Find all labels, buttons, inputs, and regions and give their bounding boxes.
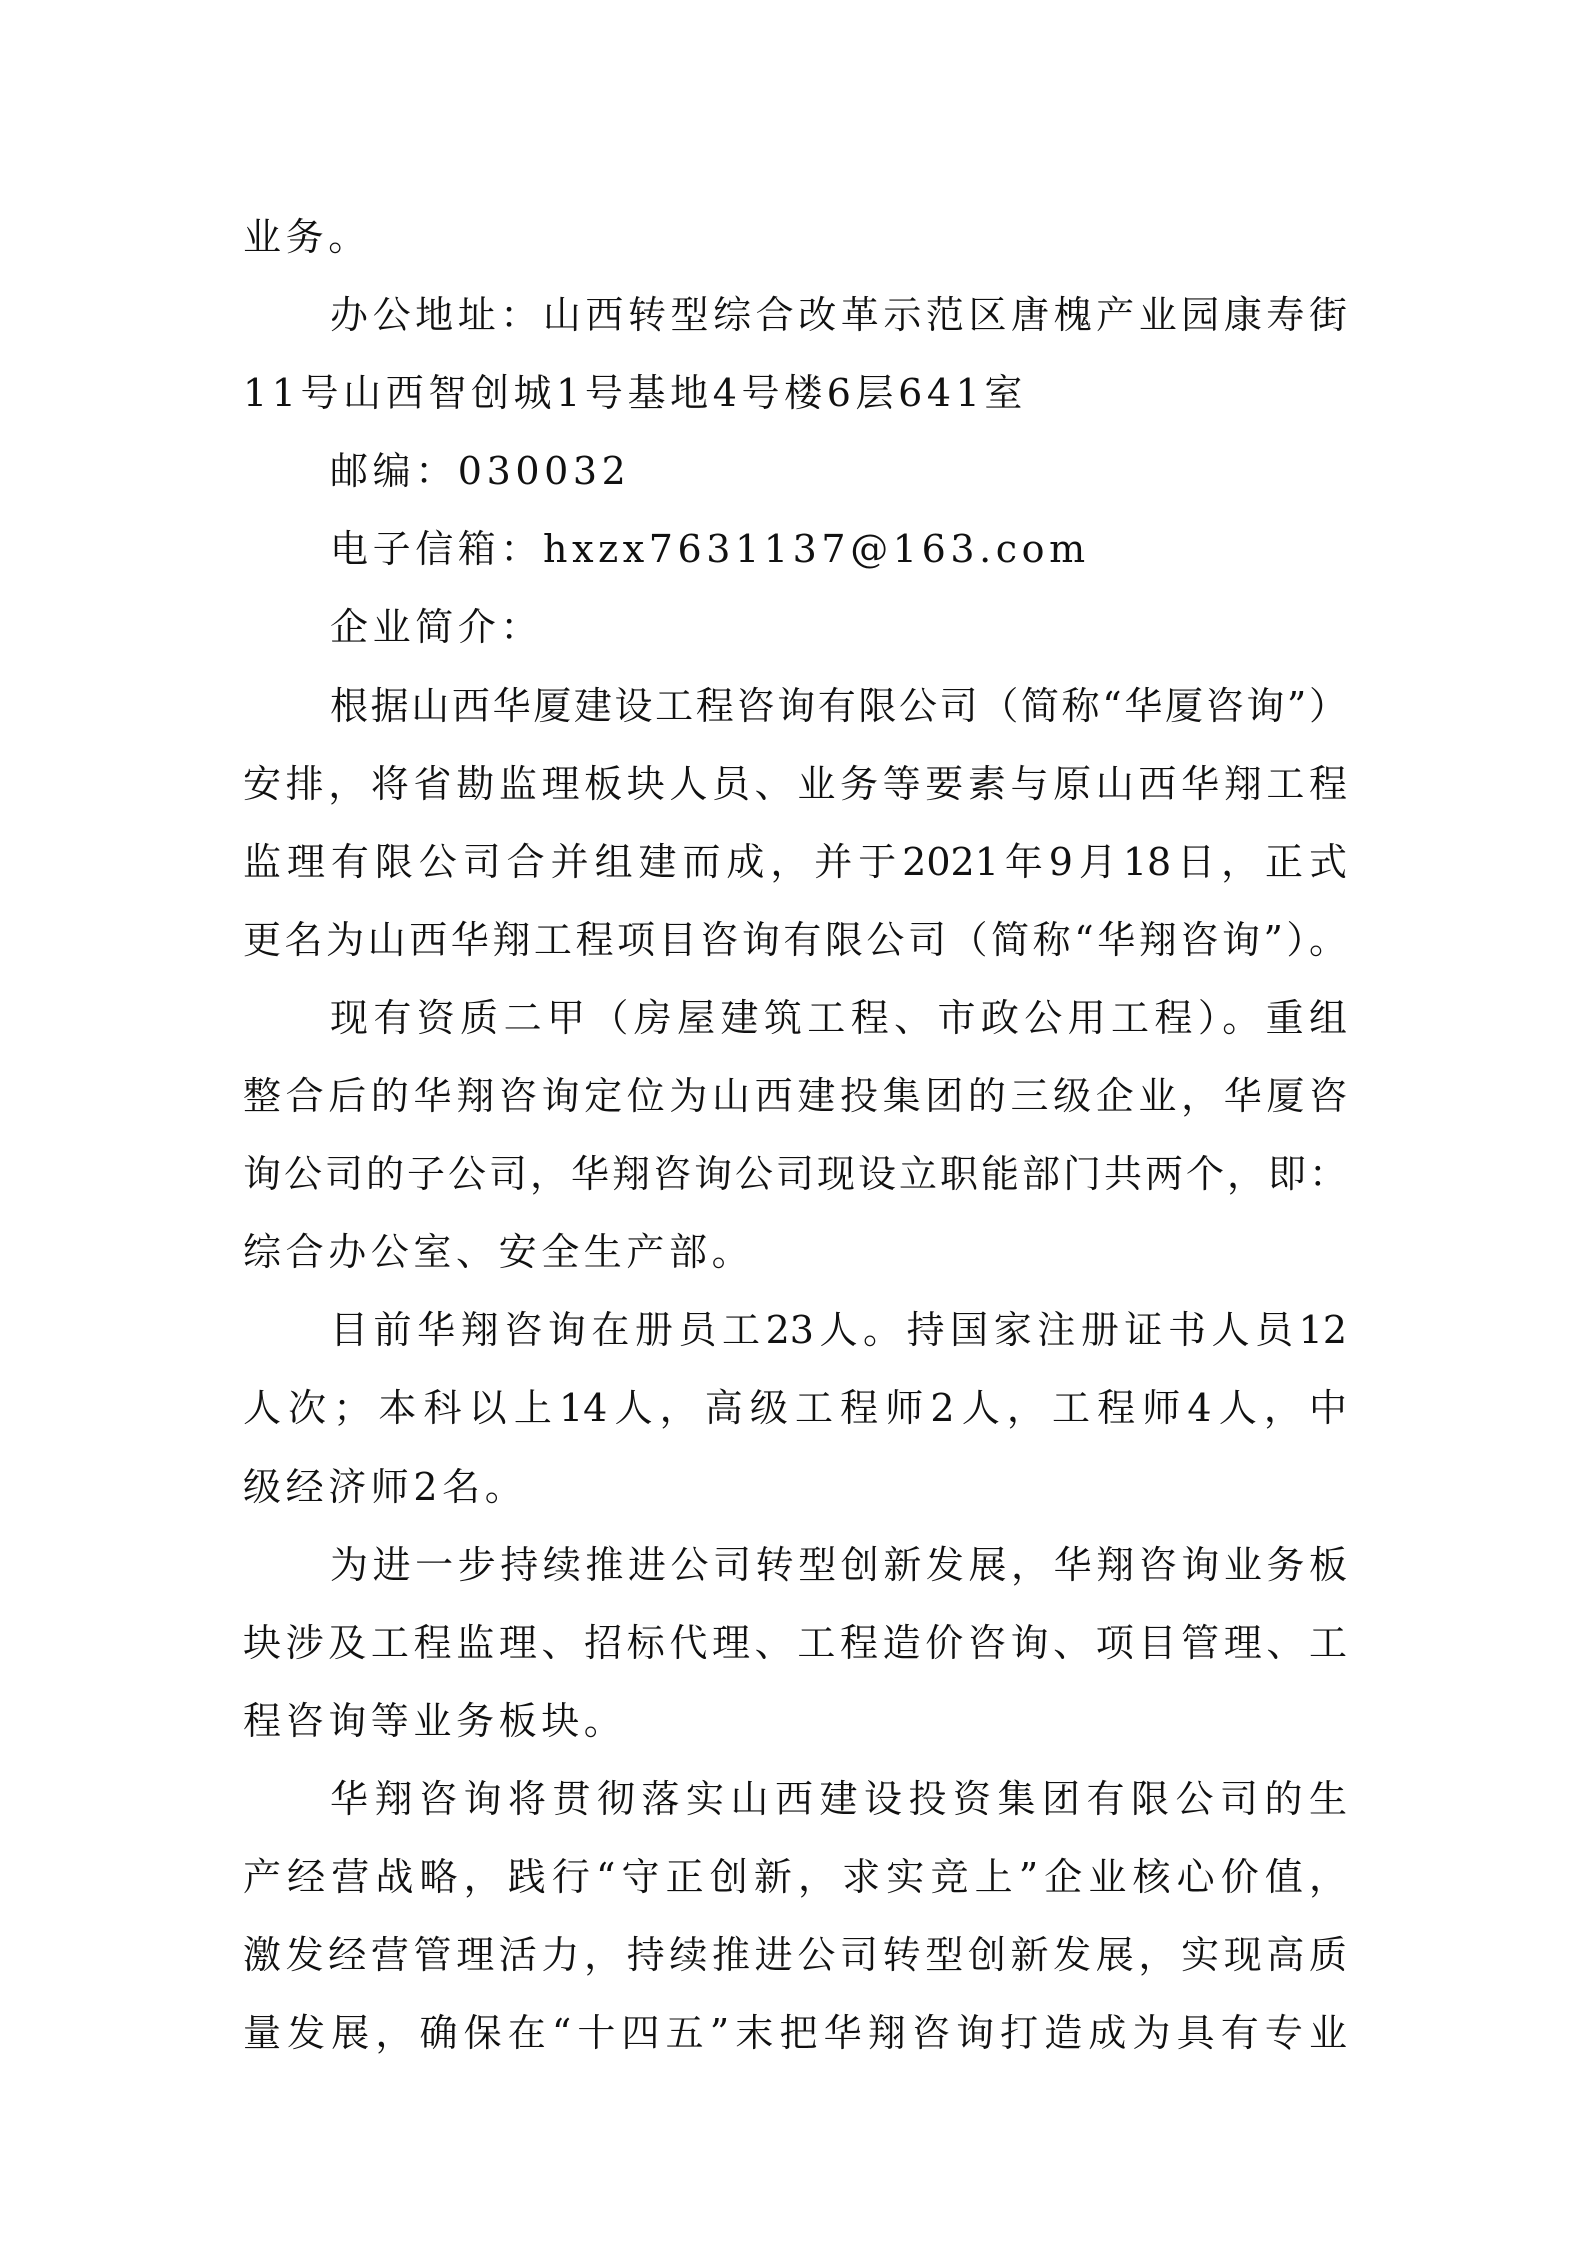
paragraph-line: 监理有限公司合并组建而成，并于2021年9月18日，正式 [243,823,1347,901]
paragraph-line: 量发展，确保在“十四五”末把华翔咨询打造成为具有专业 [243,1994,1347,2072]
paragraph-line: 级经济师2名。 [243,1448,1347,1526]
company-profile-heading: 企业简介： [243,588,1347,666]
paragraph-line: 产经营战略，践行“守正创新，求实竞上”企业核心价值， [243,1838,1347,1916]
paragraph-line: 为进一步持续推进公司转型创新发展，华翔咨询业务板 [243,1526,1347,1604]
paragraph-line: 程咨询等业务板块。 [243,1682,1347,1760]
paragraph-line: 激发经营管理活力，持续推进公司转型创新发展，实现高质 [243,1916,1347,1994]
paragraph-line: 整合后的华翔咨询定位为山西建投集团的三级企业，华厦咨 [243,1057,1347,1135]
text-line-continuation: 业务。 [243,198,1347,276]
document-page: 业务。 办公地址：山西转型综合改革示范区唐槐产业园康寿街 11号山西智创城1号基… [0,0,1587,2245]
paragraph-line: 华翔咨询将贯彻落实山西建设投资集团有限公司的生 [243,1760,1347,1838]
paragraph-line: 询公司的子公司，华翔咨询公司现设立职能部门共两个，即： [243,1135,1347,1213]
email-line: 电子信箱：hxzx7631137@163.com [243,510,1347,588]
paragraph-line: 根据山西华厦建设工程咨询有限公司（简称“华厦咨询”） [243,667,1347,745]
postal-code-line: 邮编：030032 [243,432,1347,510]
paragraph-line: 块涉及工程监理、招标代理、工程造价咨询、项目管理、工 [243,1604,1347,1682]
office-address-line-2: 11号山西智创城1号基地4号楼6层641室 [243,354,1347,432]
paragraph-line: 现有资质二甲（房屋建筑工程、市政公用工程）。重组 [243,979,1347,1057]
document-body: 业务。 办公地址：山西转型综合改革示范区唐槐产业园康寿街 11号山西智创城1号基… [243,198,1347,2072]
office-address-line: 办公地址：山西转型综合改革示范区唐槐产业园康寿街 [243,276,1347,354]
paragraph-line: 更名为山西华翔工程项目咨询有限公司（简称“华翔咨询”）。 [243,901,1347,979]
paragraph-line: 综合办公室、安全生产部。 [243,1213,1347,1291]
paragraph-line: 安排，将省勘监理板块人员、业务等要素与原山西华翔工程 [243,745,1347,823]
paragraph-line: 人次；本科以上14人，高级工程师2人，工程师4人，中 [243,1369,1347,1447]
paragraph-line: 目前华翔咨询在册员工23人。持国家注册证书人员12 [243,1291,1347,1369]
